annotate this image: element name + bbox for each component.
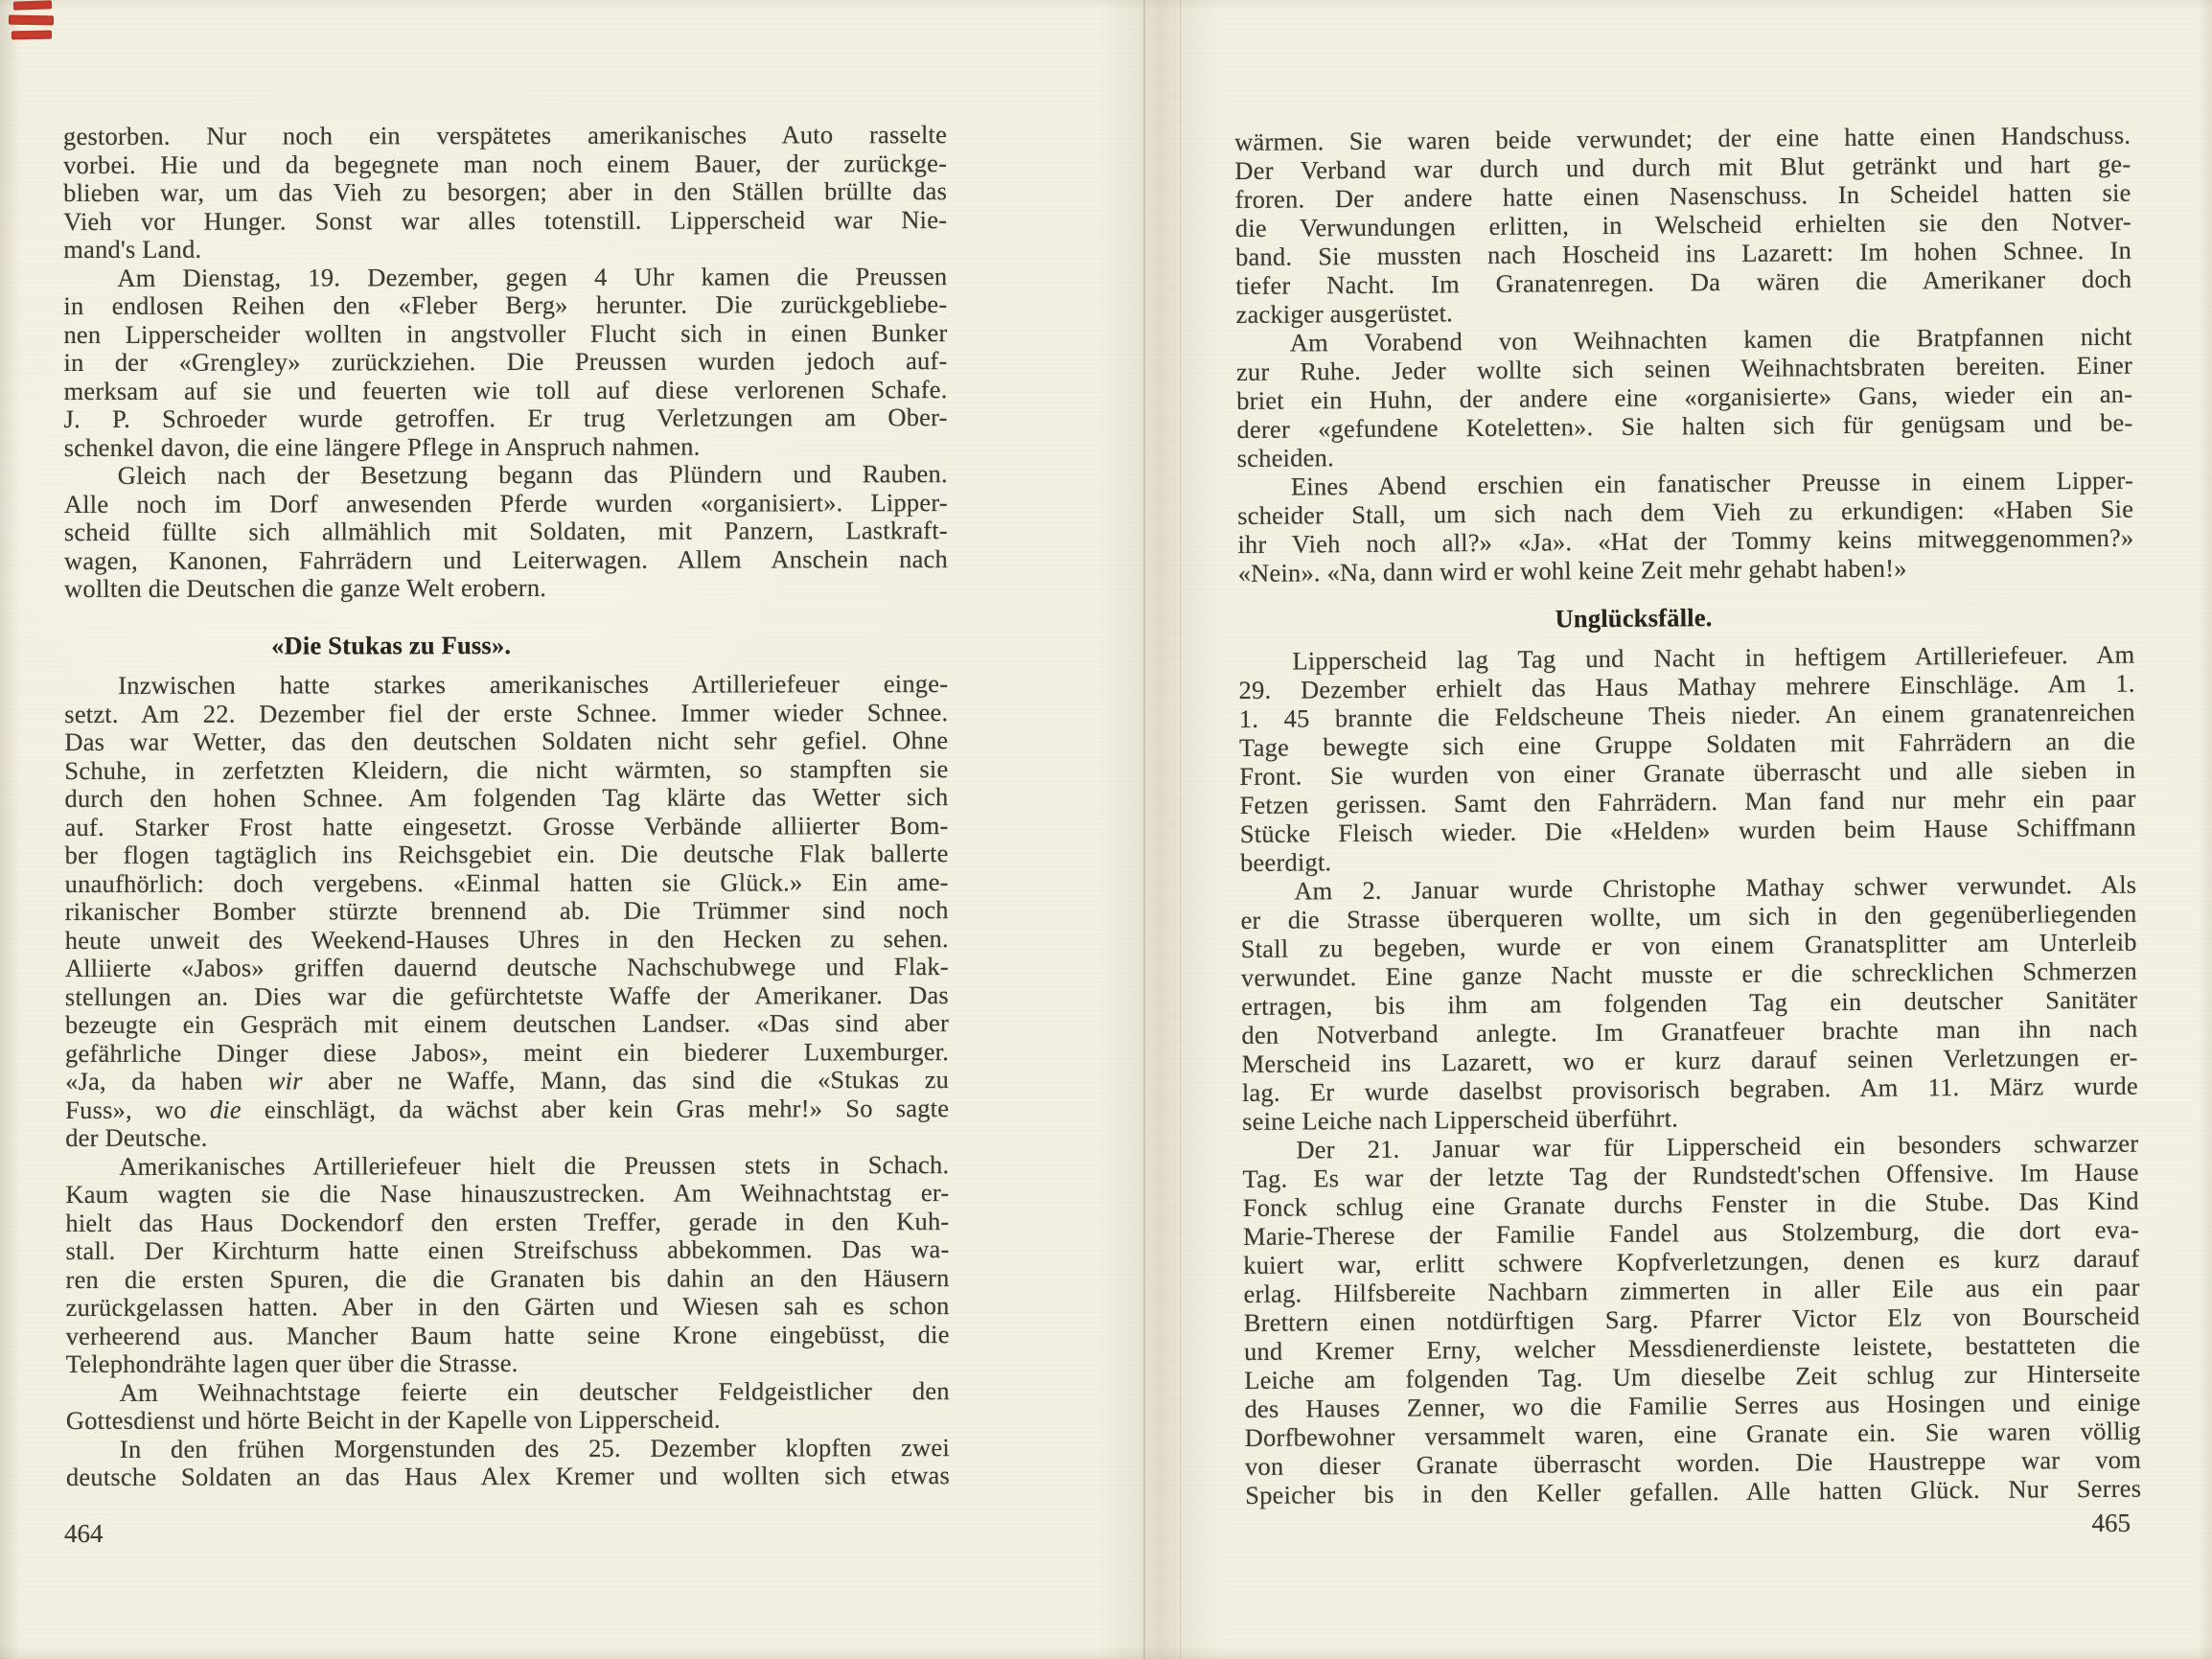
text-line: Inzwischen hatte starkes amerikanisches … [64,670,948,700]
text-line: wagen, Kanonen, Fahrrädern und Leiterwag… [64,545,948,575]
text-line: blieben war, um das Vieh zu besorgen; ab… [63,177,947,207]
book-scan: gestorben. Nur noch ein verspätetes amer… [0,0,2212,1659]
page-gutter-shadow [1097,0,1222,1659]
text-line: vorbei. Hie und da begegnete man noch ei… [63,150,947,179]
text-line: Vieh vor Hunger. Sonst war alles totenst… [63,206,947,236]
text-line: Kaum wagten sie die Nase hinauszustrecke… [65,1179,949,1209]
text-line: in der «Grengley» zurückziehen. Die Preu… [63,347,947,377]
text-line: schenkel davon, die eine längere Pflege … [64,432,948,462]
text-line: Das war Wetter, das den deutschen Soldat… [64,726,948,756]
paragraph: In den frühen Morgenstunden des 25. Deze… [66,1434,950,1492]
paragraph: Am Dienstag, 19. Dezember, gegen 4 Uhr k… [63,263,947,462]
text-line: zurückgelassen hatten. Aber in den Gärte… [66,1292,950,1322]
text-line: merksam auf sie und feuerten wie toll au… [64,376,948,405]
red-mark-icon [9,15,54,26]
text-line: «Nein». «Na, dann wird er wohl keine Zei… [1238,552,2134,588]
text-line: J. P. Schroeder wurde getroffen. Er trug… [64,403,948,433]
text-line: bezeugte ein Gespräch mit einem deutsche… [65,1009,949,1039]
text-line: Speicher bis in den Keller gefallen. All… [1245,1474,2141,1509]
text-line: durch den hohen Schnee. Am folgenden Tag… [64,783,948,813]
text-line: wollten die Deutschen die ganze Welt ero… [64,573,948,603]
text-line: Telephondrähte lagen quer über die Stras… [66,1348,950,1378]
text-line: setzt. Am 22. Dezember fiel der erste Sc… [64,699,948,728]
page-number-right: 465 [1234,1509,2131,1538]
section-heading: «Die Stukas zu Fuss». [64,631,718,660]
text-line: verheerend aus. Mancher Baum hatte seine… [66,1321,950,1350]
paragraph: Lipperscheid lag Tag und Nacht in heftig… [1238,640,2136,877]
text-line: der Deutsche. [65,1122,949,1152]
text-line: Gleich nach der Besetzung begann das Plü… [64,460,948,490]
gutter-crease [1180,0,1181,1659]
text-line: ber flogen tagtäglich ins Reichsgebiet e… [65,840,949,869]
text-line: rikanischer Bomber stürzte brennend ab. … [65,896,949,926]
text-line: stellungen an. Dies war die gefürchtetst… [65,981,949,1011]
text-line: Amerikanisches Artilleriefeuer hielt die… [65,1151,949,1181]
text-line: heute unweit des Weekend-Hauses Uhres in… [65,925,949,955]
text-line: gestorben. Nur noch ein verspätetes amer… [63,121,947,150]
paragraph: Inzwischen hatte starkes amerikanisches … [64,670,949,1152]
paragraph: Eines Abend erschien ein fanatischer Pre… [1237,466,2134,588]
text-line: stall. Der Kirchturm hatte einen Streifs… [65,1235,949,1265]
gutter-crease [1143,0,1145,1659]
text-line: Alle noch im Dorf anwesenden Pferde wurd… [64,489,948,518]
text-line: Am Dienstag, 19. Dezember, gegen 4 Uhr k… [63,263,947,292]
paragraph: Der 21. Januar war für Lipperscheid ein … [1242,1129,2141,1509]
text-line: deutsche Soldaten an das Haus Alex Kreme… [66,1462,950,1491]
paragraph: Amerikanisches Artilleriefeuer hielt die… [65,1151,949,1379]
paragraph: Am 2. Januar wurde Christophe Mathay sch… [1240,870,2138,1136]
text-line: nen Lipperscheider wollten in angstvolle… [63,319,947,349]
section-heading: Unglücksfälle. [1238,601,2029,635]
text-line: scheid füllte sich allmählich mit Soldat… [64,517,948,546]
paragraph: Am Vorabend von Weihnachten kamen die Br… [1236,322,2133,472]
paragraph: Am Weihnachtstage feierte ein deutscher … [66,1377,950,1436]
page-number-left: 464 [64,1519,104,1549]
text-line: gefährliche Dinger diese Jabos», meint e… [65,1038,949,1068]
paragraph: Gleich nach der Besetzung begann das Plü… [64,460,948,603]
text-line: Alliierte «Jabos» griffen dauernd deutsc… [65,953,949,982]
paragraph: gestorben. Nur noch ein verspätetes amer… [63,121,947,264]
red-edge-marks [6,0,73,58]
right-page-text: wärmen. Sie waren beide verwundet; der e… [1234,121,2141,1509]
text-line: Schuhe, in zerfetzten Kleidern, die nich… [64,755,948,785]
text-line: ren die ersten Spuren, die die Granaten … [65,1264,949,1294]
red-mark-icon [12,31,52,40]
left-page-text: gestorben. Nur noch ein verspätetes amer… [63,121,950,1491]
text-line: Gottesdienst und hörte Beicht in der Kap… [66,1405,950,1435]
text-line: «Ja, da haben wir aber ne Waffe, Mann, d… [65,1066,949,1095]
red-mark-icon [13,0,52,10]
text-line: unaufhörlich: doch vergebens. «Einmal ha… [65,868,949,898]
text-line: auf. Starker Frost hatte eingesetzt. Gro… [65,812,949,841]
text-line: In den frühen Morgenstunden des 25. Deze… [66,1434,950,1463]
text-line: mand's Land. [63,234,947,264]
text-line: in endlosen Reihen den «Fleber Berg» her… [63,290,947,320]
text-line: hielt das Haus Dockendorf den ersten Tre… [65,1208,949,1237]
text-line: Am Weihnachtstage feierte ein deutscher … [66,1377,950,1407]
text-line: Fuss», wo die einschlägt, da wächst aber… [65,1094,949,1124]
paragraph: wärmen. Sie waren beide verwundet; der e… [1234,121,2132,329]
